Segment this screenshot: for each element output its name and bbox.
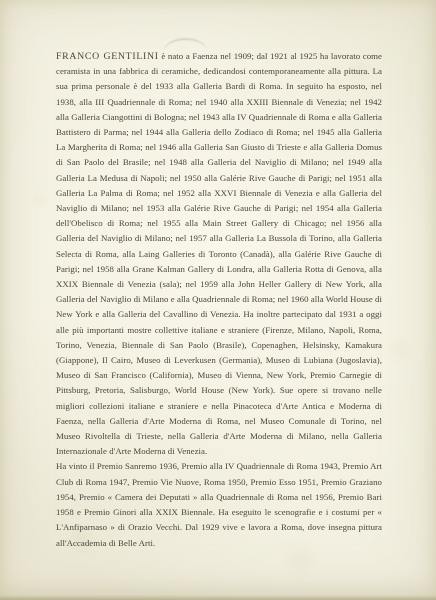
book-page: FRANCO GENTILINI è nato a Faenza nel 190… (0, 0, 436, 600)
paragraph-exhibitions: FRANCO GENTILINI è nato a Faenza nel 190… (56, 49, 382, 459)
artist-name-lead-in: FRANCO GENTILINI (56, 51, 159, 62)
page-bottom-edge (0, 595, 436, 600)
paragraph-prizes: Ha vinto il Premio Sanremo 1936, Premio … (56, 459, 382, 550)
biography-text: FRANCO GENTILINI è nato a Faenza nel 190… (56, 49, 382, 551)
paragraph-exhibitions-body: è nato a Faenza nel 1909; dal 1921 al 19… (56, 51, 382, 456)
